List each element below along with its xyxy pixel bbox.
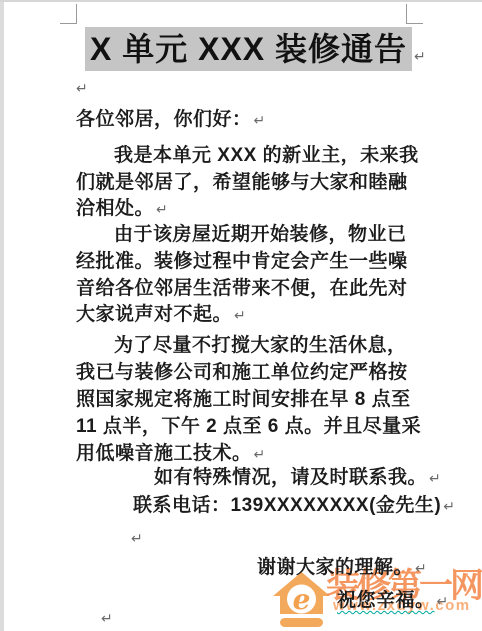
document-line[interactable]: 各位邻居，你们好：↵ — [76, 104, 265, 131]
paragraph-mark-icon: ↵ — [437, 593, 449, 609]
document-line[interactable]: 照国家规定将施工时间安排在早 8 点至 — [76, 384, 411, 411]
text-boundary-mark-top-left — [60, 4, 77, 24]
paragraph-mark-icon: ↵ — [443, 498, 455, 514]
line-text: 我是本单元 XXX 的新业主，未来我 — [114, 145, 419, 166]
line-text: 我已与装修公司和施工单位约定严格按 — [76, 362, 408, 383]
paragraph-mark-icon: ↵ — [254, 112, 266, 128]
line-text: 洽相处。 — [76, 198, 154, 219]
paragraph-mark-icon: ↵ — [156, 201, 168, 217]
document-page: X 单元 XXX 装修通告 ↵ ↵ 各位邻居，你们好：↵ 我是本单元 XXX 的… — [0, 0, 482, 631]
document-line[interactable]: 们就是邻居了，希望能够与大家和睦融 — [76, 167, 408, 194]
line-text: 各位邻居，你们好： — [76, 109, 252, 130]
document-line[interactable]: 11 点半，下午 2 点至 6 点。并且尽量采 — [76, 411, 421, 438]
document-title[interactable]: X 单元 XXX 装修通告 — [85, 27, 412, 71]
line-text: 谢谢大家的理解。 — [257, 557, 413, 578]
line-text: 为了尽量不打搅大家的生活休息， — [114, 335, 407, 356]
paragraph-mark-icon: ↵ — [101, 610, 113, 627]
document-line[interactable]: 我已与装修公司和施工单位约定严格按 — [76, 357, 408, 384]
document-line[interactable]: 为了尽量不打搅大家的生活休息， — [114, 330, 407, 357]
paragraph-mark-icon: ↵ — [131, 530, 143, 547]
paragraph-mark-icon: ↵ — [415, 560, 427, 576]
line-text: 照国家规定将施工时间安排在早 8 点至 — [76, 389, 411, 410]
paragraph-mark-icon: ↵ — [234, 307, 246, 323]
line-text: 们就是邻居了，希望能够与大家和睦融 — [76, 172, 408, 193]
line-text: 由于该房屋近期开始装修，物业已 — [114, 224, 407, 245]
document-title-text: X 单元 XXX 装修通告 — [90, 31, 407, 67]
document-line[interactable]: 由于该房屋近期开始装修，物业已 — [114, 219, 407, 246]
document-line[interactable]: 我是本单元 XXX 的新业主，未来我 — [114, 140, 419, 167]
paragraph-mark-icon: ↵ — [76, 80, 88, 97]
line-text: 音给各位邻居生活带来不便，在此先对 — [76, 278, 408, 299]
line-text: 联系电话：139XXXXXXXX(金先生) — [133, 495, 441, 516]
paragraph-mark-icon: ↵ — [429, 470, 441, 486]
document-line[interactable]: 音给各位邻居生活带来不便，在此先对 — [76, 273, 408, 300]
line-text: 大家说声对不起。 — [76, 304, 232, 325]
line-text: 经批准。装修过程中肯定会产生一些噪 — [76, 251, 408, 272]
line-text: 11 点半，下午 2 点至 6 点。并且尽量采 — [76, 416, 421, 437]
paragraph-mark-icon: ↵ — [414, 48, 426, 65]
document-line[interactable]: 联系电话：139XXXXXXXX(金先生)↵ — [133, 490, 455, 517]
line-text: 用低噪音施工技术。 — [76, 443, 252, 464]
paragraph-mark-icon: ↵ — [254, 446, 266, 462]
document-line[interactable]: 谢谢大家的理解。↵ — [257, 552, 427, 579]
document-line[interactable]: 如有特殊情况，请及时联系我。↵ — [154, 462, 441, 489]
document-line[interactable]: 洽相处。↵ — [76, 193, 168, 220]
document-line[interactable]: 祝您辛福。↵ — [337, 585, 448, 612]
document-line[interactable]: 大家说声对不起。↵ — [76, 299, 246, 326]
document-line[interactable]: 经批准。装修过程中肯定会产生一些噪 — [76, 246, 408, 273]
document-line[interactable]: 用低噪音施工技术。↵ — [76, 438, 265, 465]
line-text-spellcheck: 祝您辛福。 — [337, 590, 435, 611]
text-boundary-mark-top-right — [406, 4, 423, 24]
line-text: 如有特殊情况，请及时联系我。 — [154, 467, 427, 488]
